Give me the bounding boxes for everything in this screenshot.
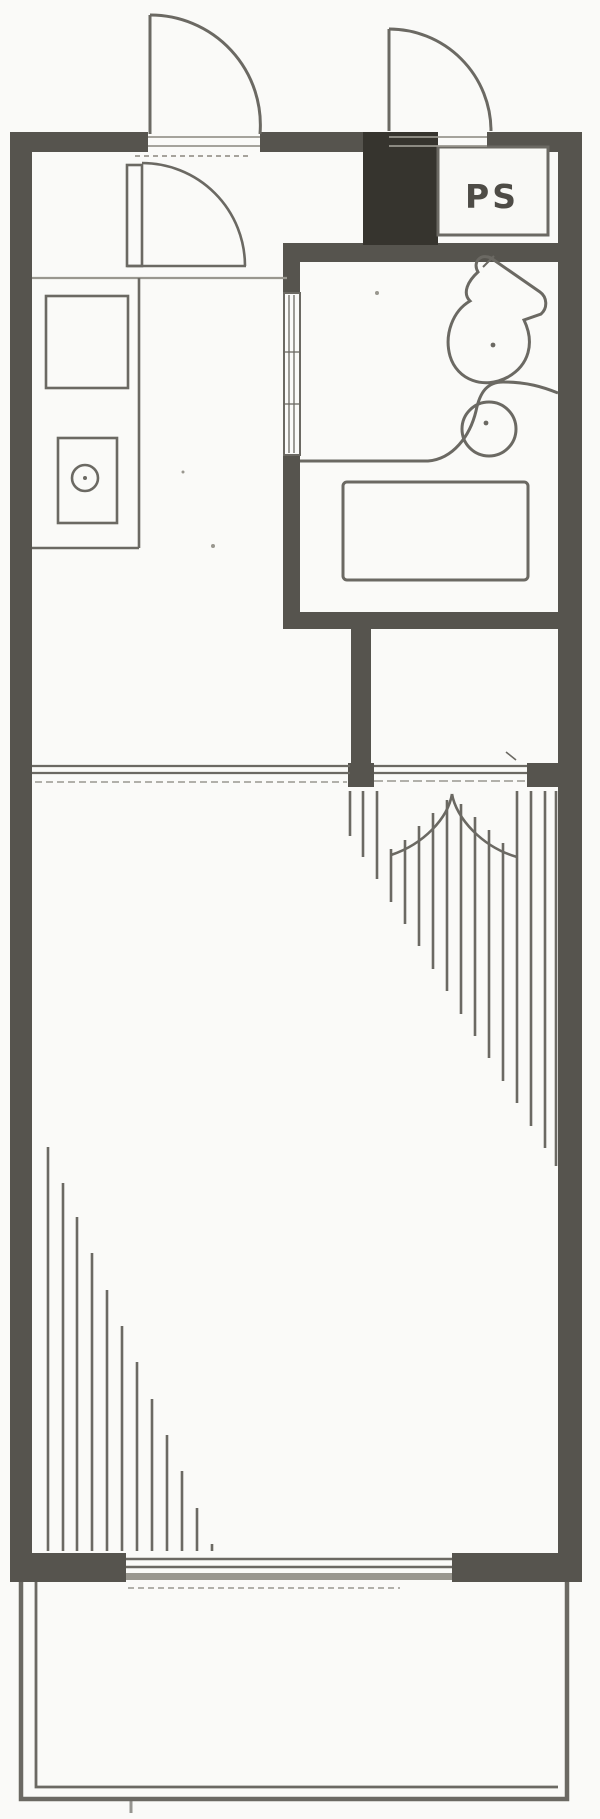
wall-left [10,132,32,1582]
vanity-drain-dot [484,421,489,426]
wall-top-middle [260,132,363,152]
pipe-shaft [363,132,438,245]
wall-window-left [10,1553,126,1582]
partition-center-post [348,763,374,787]
bathroom-sliding-door [284,293,300,455]
wall-right [558,132,582,1582]
wall-bathroom-left-lower [283,453,300,615]
wall-bathroom-bottom [283,612,558,629]
ps-label: PS [465,177,519,216]
wall-bathroom-top [283,243,558,262]
partition-right-end [527,763,558,787]
toilet-drain-dot [491,343,496,348]
pipe-space-box: PS [438,147,548,235]
window-track-band [126,1573,452,1580]
floor-plan: PS [0,0,600,1819]
wall-window-right [452,1553,558,1582]
door-leaf [127,165,142,266]
cooktop-burner-center [83,476,87,480]
closet-partition-wall [351,629,371,765]
